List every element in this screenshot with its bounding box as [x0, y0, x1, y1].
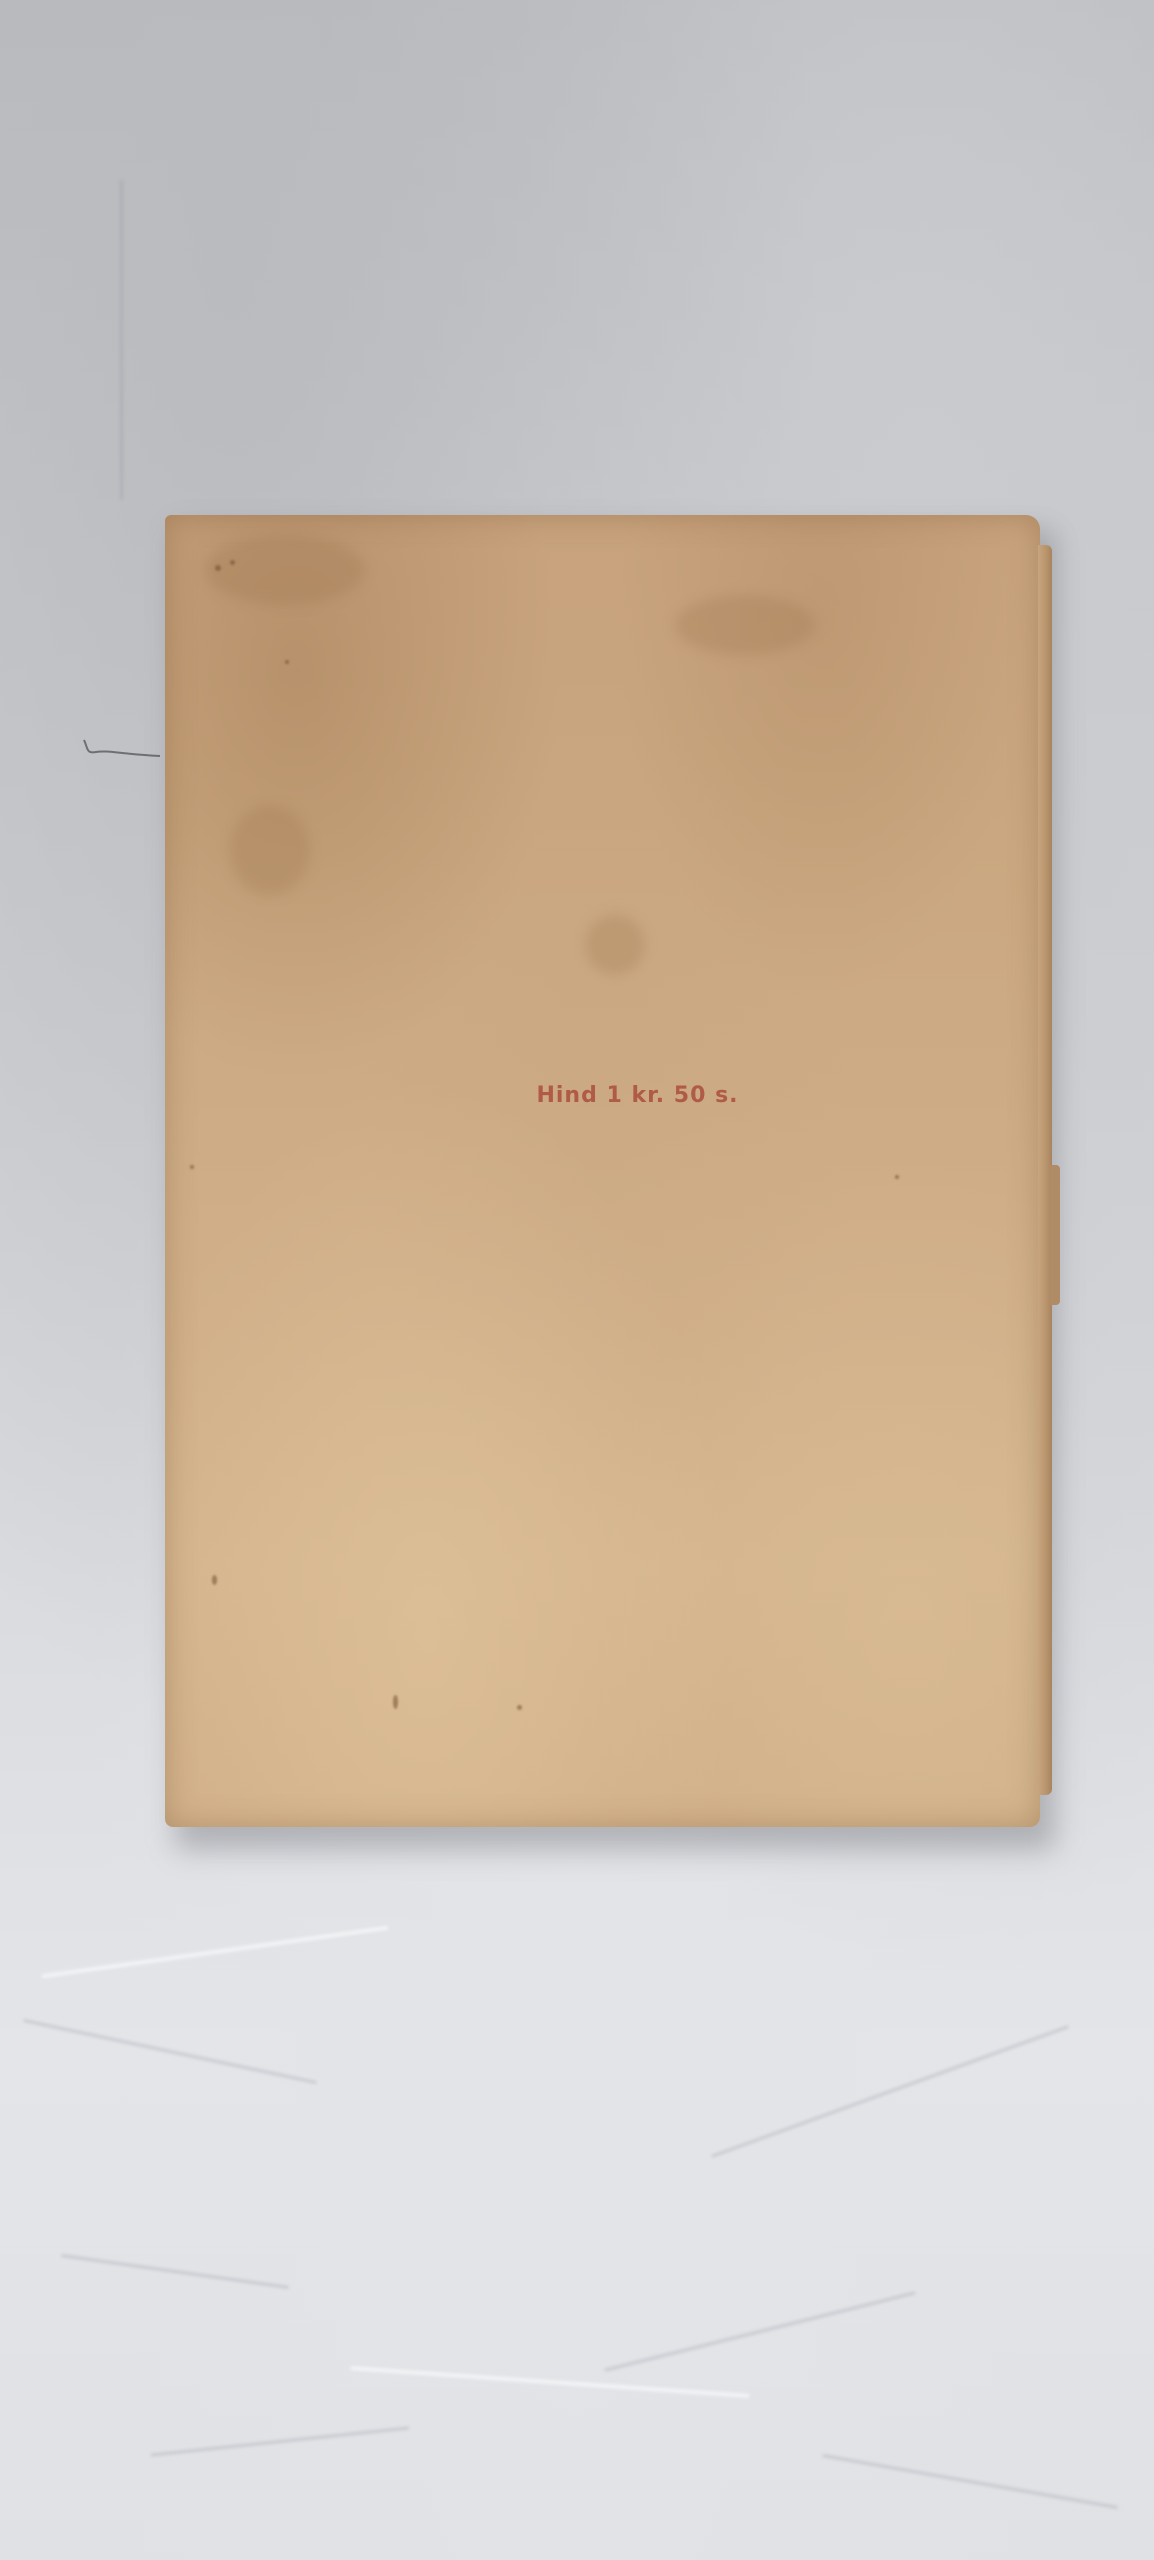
spot [215, 565, 221, 571]
book-back-cover: Hind 1 kr. 50 s. [165, 515, 1040, 1827]
cloth-highlight [350, 2366, 749, 2398]
spot [212, 1575, 217, 1585]
stain [205, 535, 365, 605]
spot [517, 1705, 522, 1710]
cloth-crease [822, 2454, 1118, 2509]
price-label: Hind 1 kr. 50 s. [165, 1083, 1040, 1108]
spot [230, 560, 235, 565]
loose-thread [82, 738, 162, 758]
cloth-crease [61, 2254, 289, 2289]
spot [895, 1175, 899, 1179]
cloth-crease [23, 2019, 317, 2084]
stain [230, 805, 310, 895]
book-spine-tab [1050, 1165, 1060, 1305]
cloth-crease [120, 180, 123, 500]
spot [190, 1165, 194, 1169]
stain [675, 595, 815, 655]
stain [585, 915, 645, 975]
spot [393, 1695, 398, 1709]
spot [285, 660, 289, 664]
cloth-highlight [41, 1926, 388, 1979]
cloth-crease [151, 2426, 410, 2456]
cloth-crease [604, 2291, 915, 2371]
cloth-crease [711, 2025, 1069, 2158]
